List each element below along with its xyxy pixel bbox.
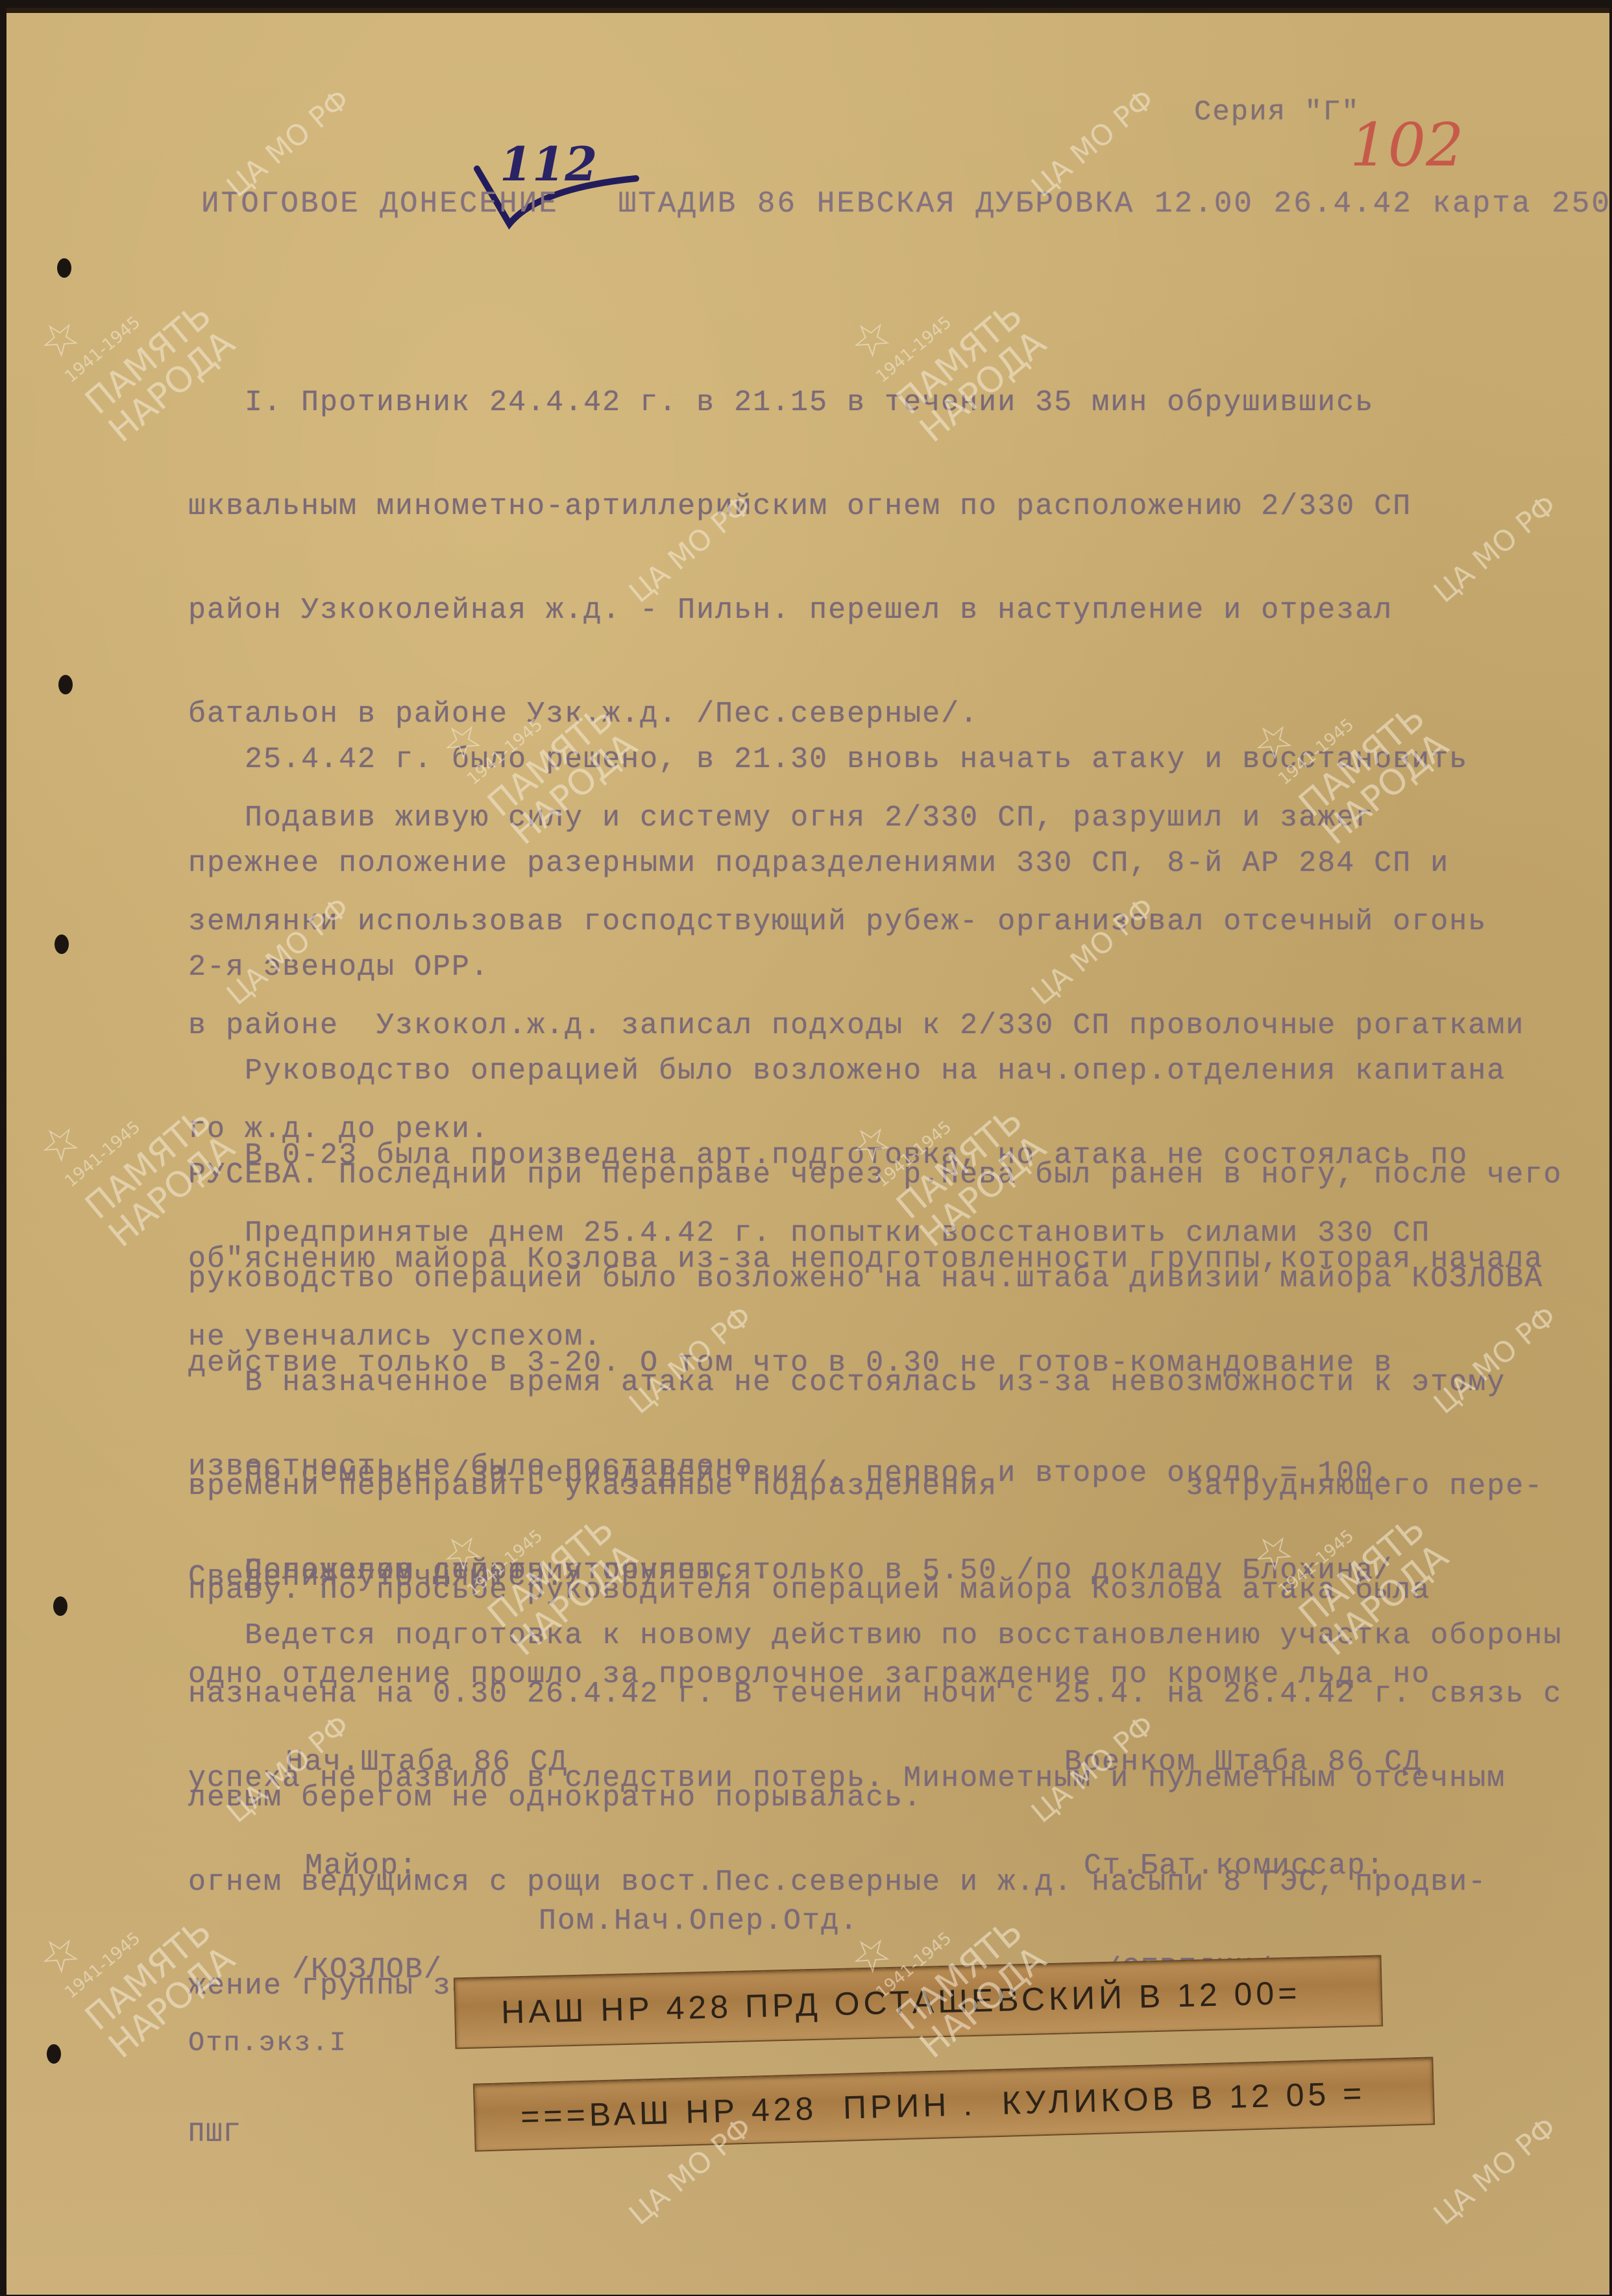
- text-line: Отп.экз.I: [188, 2029, 347, 2057]
- archive-page-number: 102: [1350, 110, 1464, 180]
- document-title: ИТОГОВОЕ ДОНЕСЕНИЕ ШТАДИВ 86 НЕВСКАЯ ДУБ…: [201, 187, 1612, 221]
- text-line: 2-я эвеноды ОРР.: [188, 949, 1603, 986]
- series-label: Серия "Г": [1194, 96, 1360, 128]
- text-line: действие только в 3-20. О том что в 0.30…: [188, 1345, 1603, 1382]
- text-line: I. Противник 24.4.42 г. в 21.15 в течени…: [188, 384, 1603, 422]
- text-line: 25.4.42 г. было решено, в 21.30 вновь на…: [188, 741, 1603, 779]
- binder-hole: [58, 675, 73, 694]
- tape-text: ===ВАШ НР 428 ПРИН . КУЛИКОВ В 12 05 =: [520, 2074, 1366, 2135]
- text-line: Ведется подготовка к новому действию по …: [188, 1617, 1603, 1655]
- text-line: ПШГ: [188, 2119, 347, 2148]
- binder-hole: [53, 1596, 67, 1616]
- text-line: Ст.Бат.комиссар:: [1064, 1848, 1422, 1885]
- text-line: Пом.Нач.Опер.Отд.: [539, 1903, 859, 1940]
- star-icon: ☆: [32, 241, 171, 365]
- binder-hole: [55, 934, 69, 954]
- copy-note: Отп.экз.I ПШГ: [188, 1966, 347, 2210]
- text-line: об"яснению майора Козлова из-за неподгот…: [188, 1241, 1603, 1278]
- tape-text: НАШ НР 428 ПРД ОСТАШЕВСКИЙ В 12 00=: [500, 1974, 1301, 2031]
- document-page: Серия "Г" 102 112 ИТОГОВОЕ ДОНЕСЕНИЕ ШТА…: [6, 8, 1609, 2296]
- text-line: прежнее положение разерными подразделени…: [188, 845, 1603, 883]
- text-line: В 0-23 была произведена арт.подготовка, …: [188, 1137, 1603, 1175]
- watermark-archive: ЦА МО РФ: [221, 83, 356, 204]
- text-line: Военком Штаба 86 СД: [1064, 1744, 1422, 1781]
- watermark-archive: ЦА МО РФ: [1025, 83, 1160, 204]
- text-line: шквальным минометно-артиллерийским огнем…: [188, 488, 1603, 526]
- text-line: район Узкоколейная ж.д. - Пильн. перешел…: [188, 592, 1603, 629]
- binder-hole: [47, 2044, 61, 2064]
- star-icon: ☆: [32, 1857, 171, 1981]
- watermark-archive: ЦА МО РФ: [1428, 2111, 1563, 2232]
- binder-hole: [57, 258, 71, 278]
- text-line: Майор:: [286, 1848, 568, 1885]
- star-icon: ☆: [32, 1045, 171, 1170]
- text-line: Нач.Штаба 86 СД: [286, 1744, 568, 1781]
